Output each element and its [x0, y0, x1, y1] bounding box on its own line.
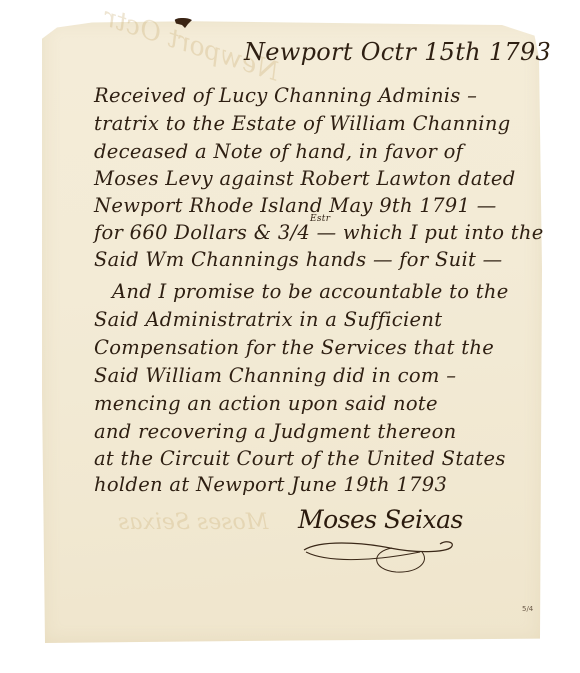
place: Newport	[244, 38, 353, 66]
body-line-7: Said Wm Channings hands — for Suit —	[94, 248, 502, 271]
body-line-11: Said William Channing did in com –	[94, 364, 456, 387]
date: Octr 15th 1793	[361, 38, 551, 66]
body-line-1: Received of Lucy Channing Adminis –	[94, 84, 477, 107]
body-line-15: holden at Newport June 19th 1793	[94, 473, 447, 496]
body-line-3: deceased a Note of hand, in favor of	[94, 140, 463, 163]
body-line-8: And I promise to be accountable to the	[112, 280, 509, 303]
body-line-2: tratrix to the Estate of William Channin…	[94, 112, 510, 135]
signature-flourish	[300, 538, 460, 578]
signature: Moses Seixas	[298, 505, 463, 534]
body-line-12: mencing an action upon said note	[94, 392, 438, 415]
body-line-4: Moses Levy against Robert Lawton dated	[94, 167, 516, 190]
body-line-6: for 660 Dollars & 3/4 — which I put into…	[94, 221, 544, 244]
bleed-through-signature: Moses Seixas	[118, 510, 268, 535]
body-line-10: Compensation for the Services that the	[94, 336, 494, 359]
date-line: Newport Octr 15th 1793	[244, 38, 551, 66]
body-line-14: at the Circuit Court of the United State…	[94, 447, 506, 470]
body-line-9: Said Administratrix in a Sufficient	[94, 308, 442, 331]
corner-mark: 5/4	[522, 605, 533, 613]
body-line-13: and recovering a Judgment thereon	[94, 420, 457, 443]
body-line-5: Newport Rhode Island May 9th 1791 —	[94, 194, 497, 217]
